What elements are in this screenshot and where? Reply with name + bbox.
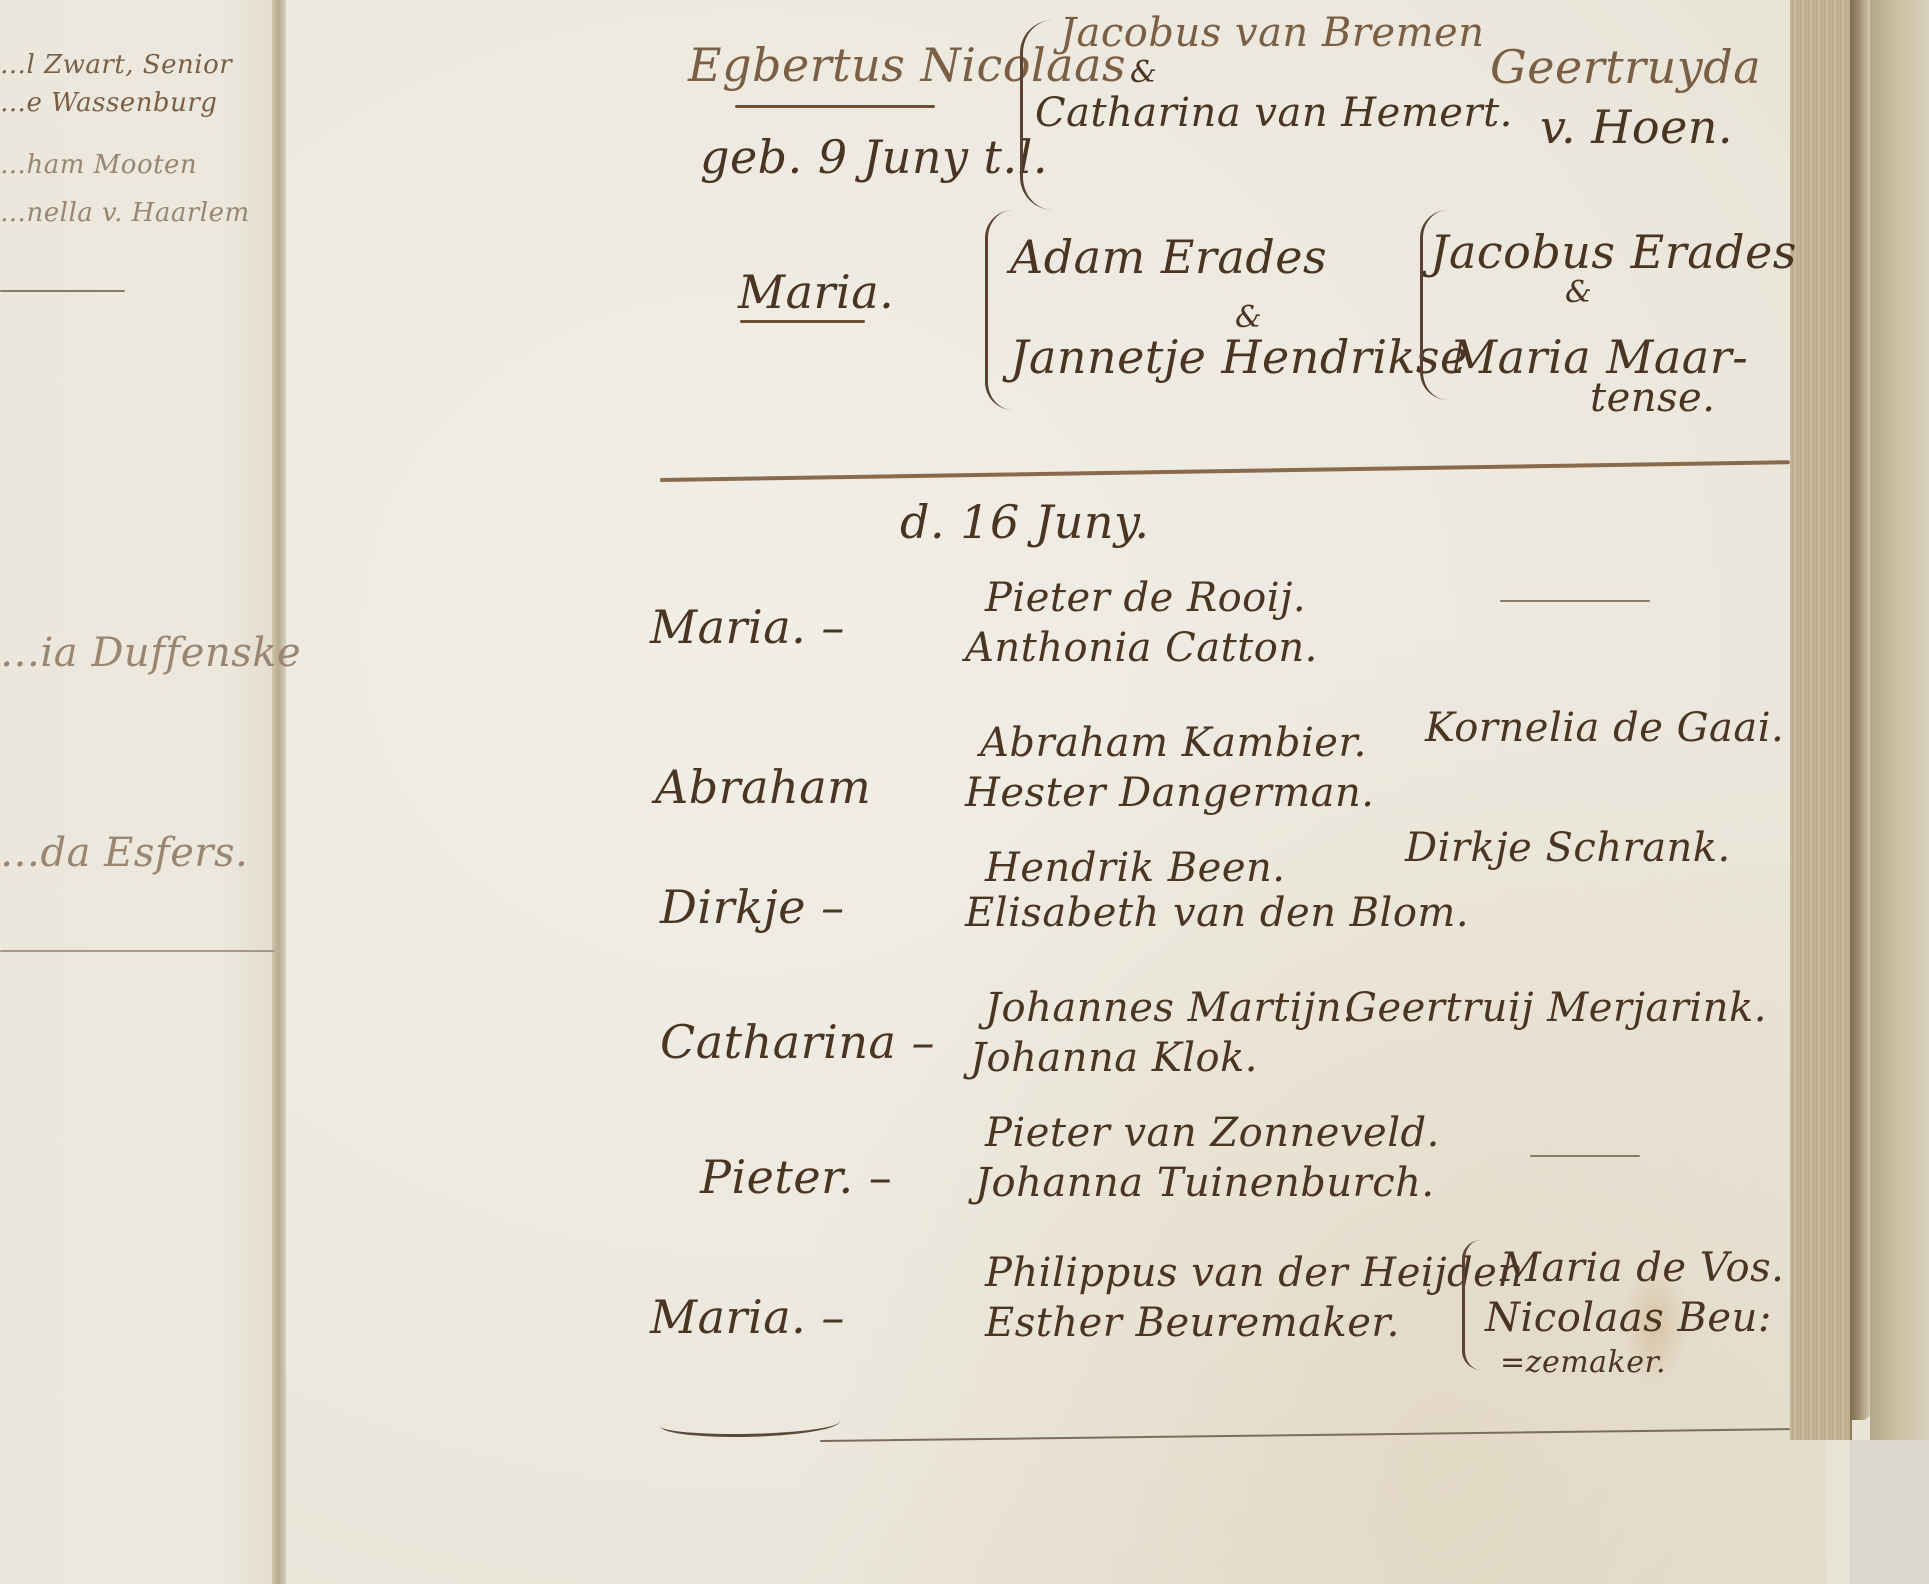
mother-name: Johanna Klok.	[970, 1035, 1258, 1081]
page-edge-stack	[1790, 0, 1852, 1440]
background-surface	[1850, 1440, 1929, 1584]
left-line: …e Wassenburg	[0, 88, 217, 118]
left-line: …l Zwart, Senior	[0, 50, 232, 80]
child-name: Pieter. –	[700, 1150, 892, 1204]
birth-note: geb. 9 Juny t.l.	[700, 130, 1048, 184]
left-divider	[0, 290, 125, 292]
witness-name: Jacobus Erades	[1430, 225, 1797, 279]
father-name: Pieter van Zonneveld.	[985, 1110, 1440, 1156]
father-name: Philippus van der Heijden	[985, 1250, 1524, 1296]
father-name: Abraham Kambier.	[980, 720, 1367, 766]
child-name: Maria. –	[650, 1290, 845, 1344]
witness-name: Dirkje Schrank.	[1405, 825, 1731, 871]
child-name: Maria. –	[650, 600, 845, 654]
page-edge-shadow	[1850, 0, 1870, 1420]
witness-name: Maria de Vos.	[1500, 1245, 1784, 1291]
mother-name: Hester Dangerman.	[965, 770, 1375, 816]
mother-name: Catharina van Hemert.	[1035, 90, 1513, 136]
witness-name: tense.	[1590, 375, 1715, 421]
father-name: Pieter de Rooij.	[985, 575, 1306, 621]
witness-dash	[1530, 1155, 1640, 1157]
facing-page-edge	[1870, 0, 1929, 1584]
brace	[1462, 1240, 1481, 1370]
father-name: Adam Erades	[1010, 230, 1327, 284]
child-name: Catharina –	[660, 1015, 935, 1069]
witness-dash	[1500, 600, 1650, 602]
mother-name: Johanna Tuinenburch.	[975, 1160, 1435, 1206]
father-name: Johannes Martijn.	[985, 985, 1355, 1031]
witness-name: Nicolaas Beu:	[1485, 1295, 1772, 1341]
mother-name: Jannetje Hendrikse	[1010, 330, 1468, 384]
left-line: …da Esfers.	[0, 830, 248, 876]
ampersand: &	[1565, 275, 1592, 310]
brace	[985, 210, 1013, 410]
left-line: …ham Mooten	[0, 150, 197, 180]
witness-name: Geertruij Merjarink.	[1345, 985, 1767, 1031]
left-page	[0, 0, 278, 1584]
witness-name: Kornelia de Gaai.	[1425, 705, 1784, 751]
left-line: …nella v. Haarlem	[0, 198, 250, 228]
witness-name: v. Hoen.	[1540, 100, 1733, 154]
witness-name: Geertruyda	[1490, 40, 1761, 94]
left-line: …ia Duffenske	[0, 630, 301, 676]
date-heading: d. 16 Juny.	[900, 495, 1150, 549]
father-name: Jacobus van Bremen	[1060, 10, 1484, 56]
child-name: Dirkje –	[660, 880, 845, 934]
mother-name: Esther Beuremaker.	[985, 1300, 1400, 1346]
ampersand: &	[1130, 55, 1157, 90]
father-name: Hendrik Been.	[985, 845, 1286, 891]
child-name: Abraham	[655, 760, 871, 814]
left-divider	[0, 950, 275, 952]
underline	[740, 320, 865, 323]
mother-name: Elisabeth van den Blom.	[965, 890, 1469, 936]
mother-name: Anthonia Catton.	[965, 625, 1318, 671]
book-gutter	[272, 0, 286, 1584]
underline	[735, 105, 935, 108]
child-name: Maria.	[738, 265, 894, 319]
witness-name: =zemaker.	[1500, 1345, 1666, 1380]
